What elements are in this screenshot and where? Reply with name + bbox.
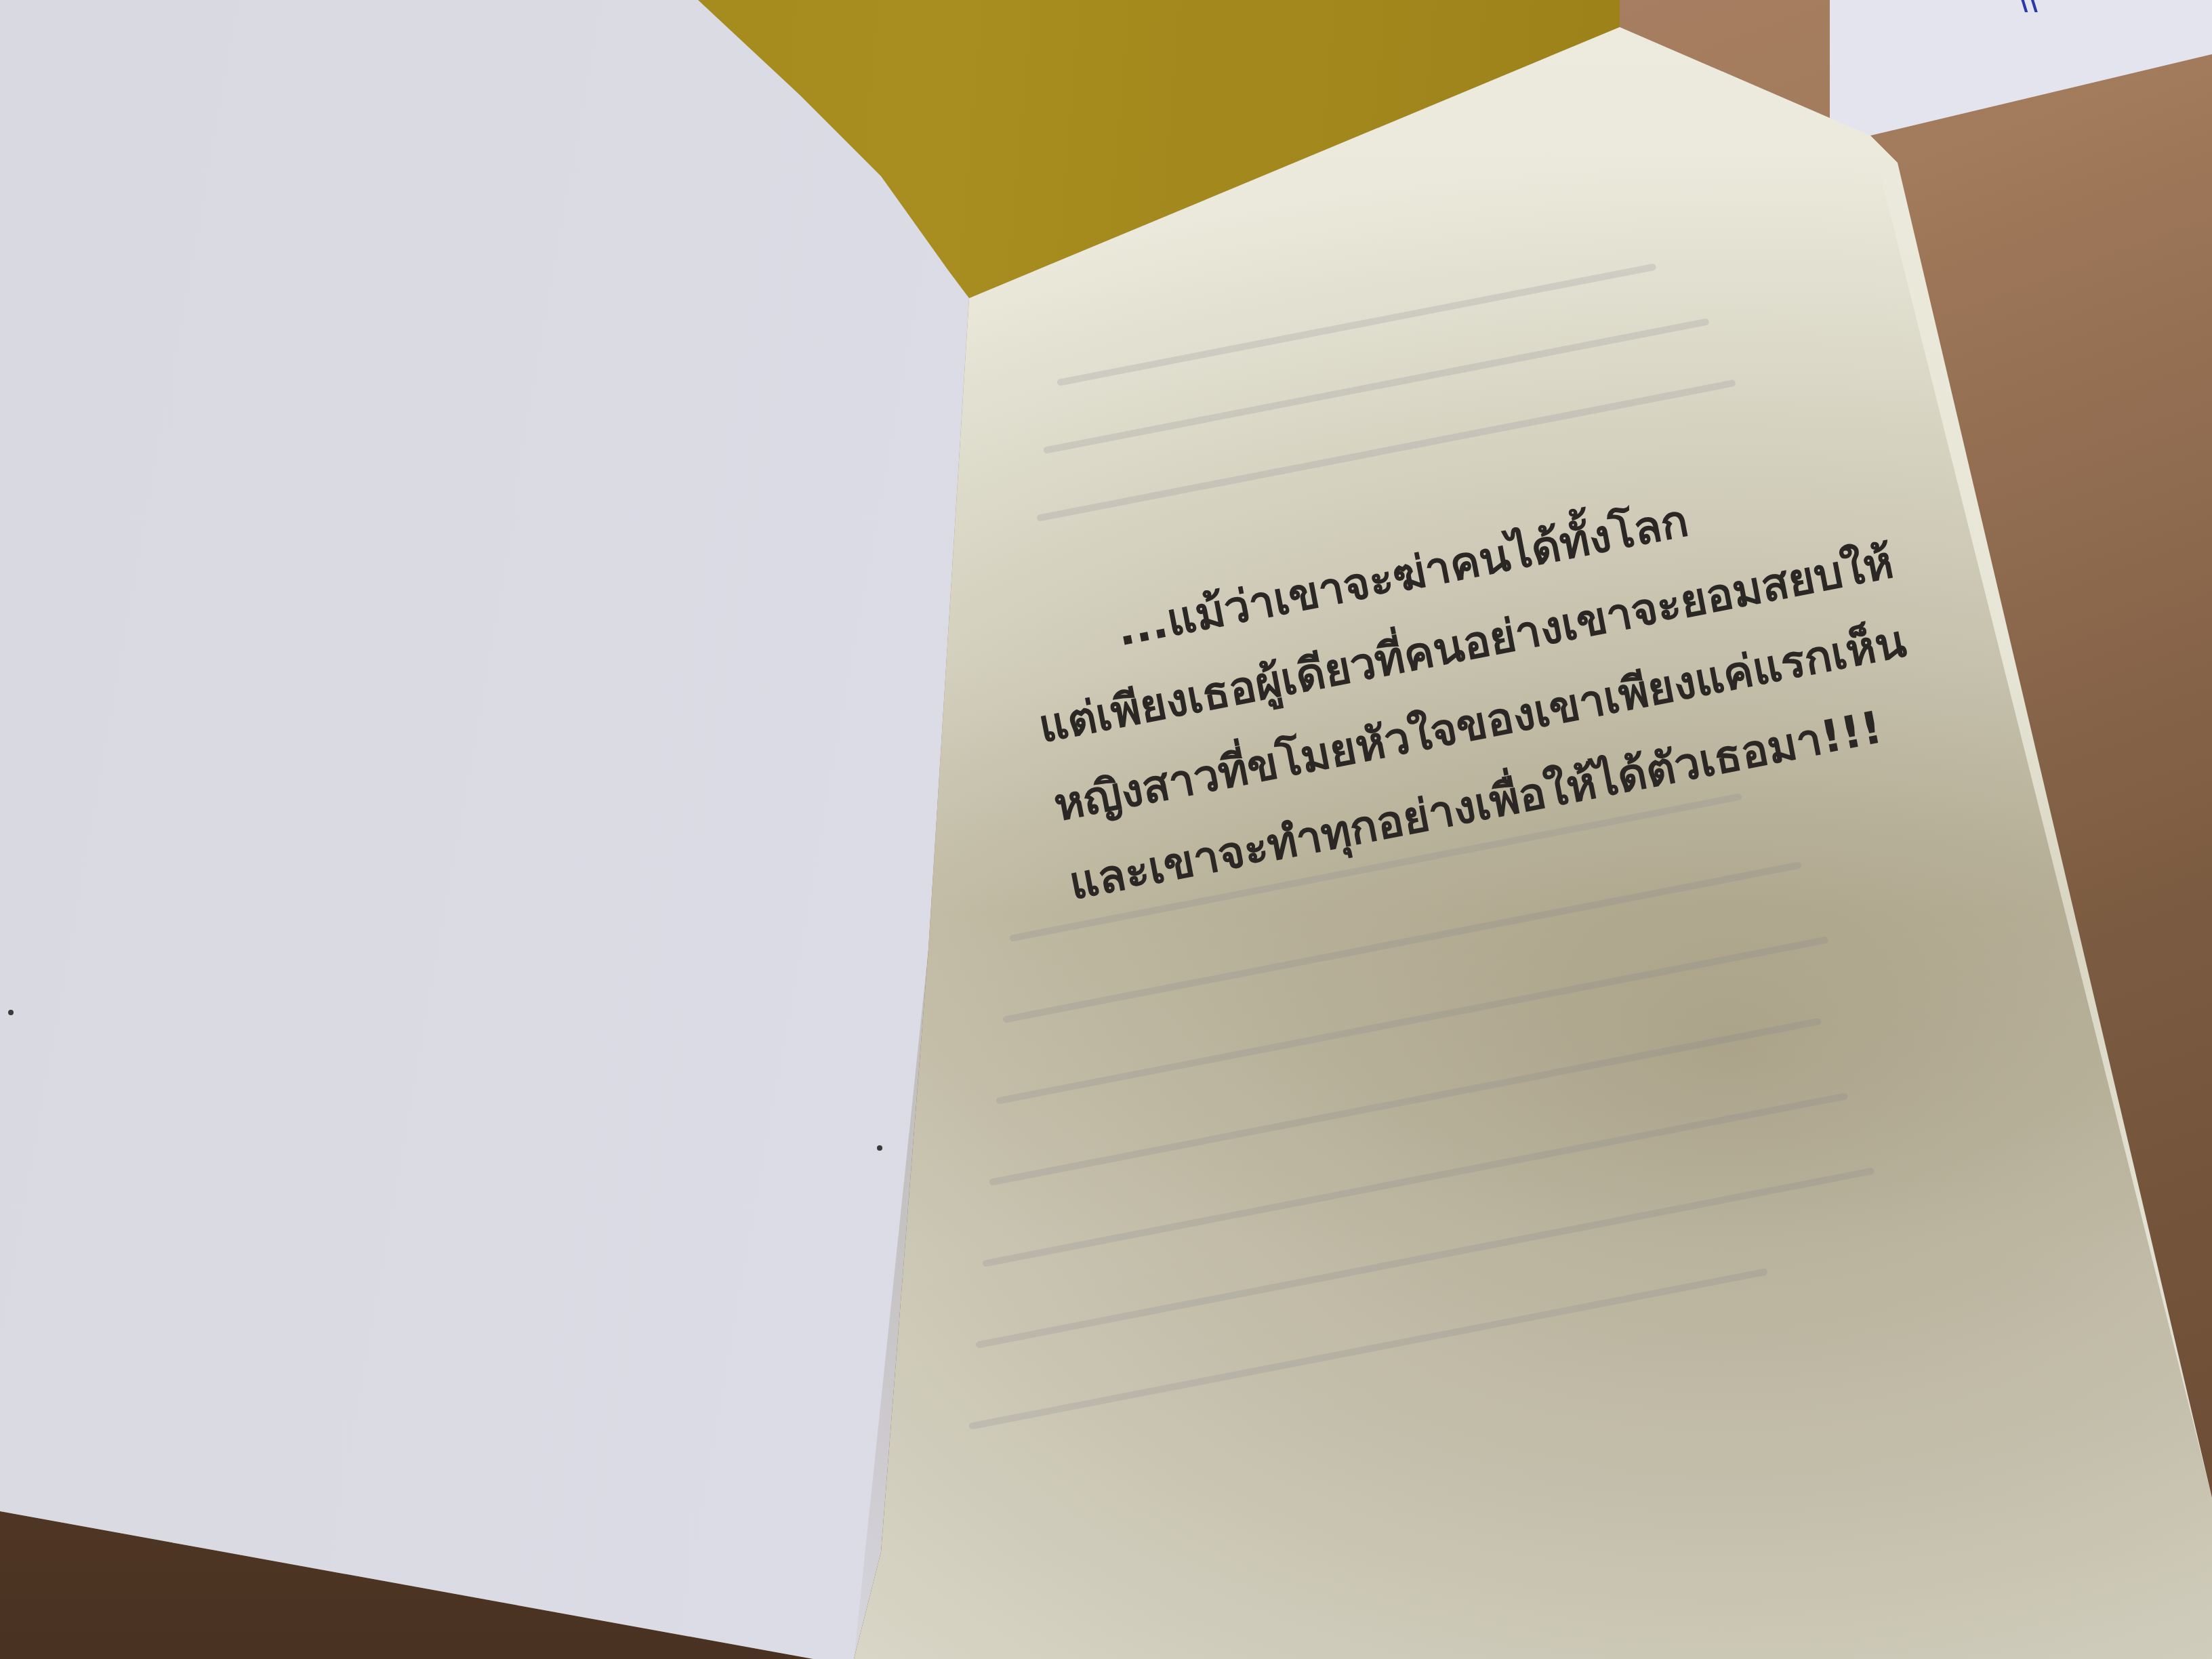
paper-speck — [8, 1010, 14, 1015]
paper-speck — [877, 1145, 882, 1151]
card-blue-mark: \\ — [2020, 0, 2060, 12]
